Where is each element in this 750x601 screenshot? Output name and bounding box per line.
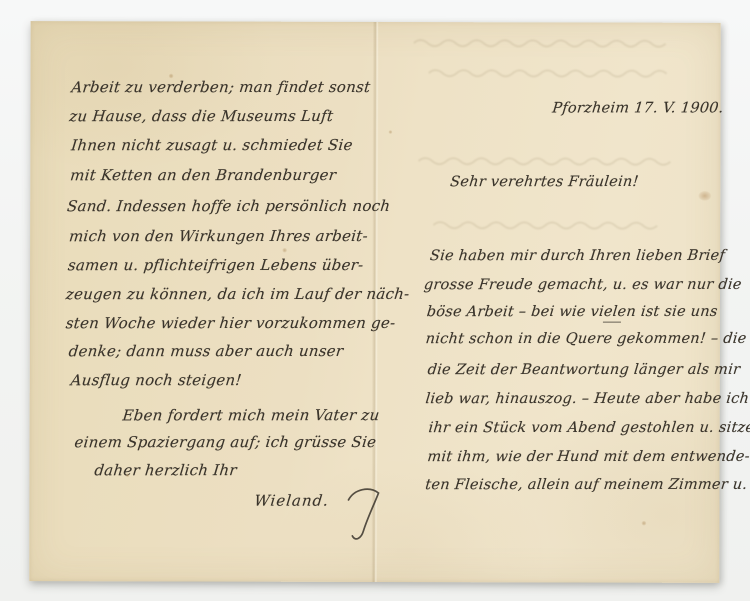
handwritten-line: mit Ketten an den Brandenburger [69,166,337,184]
handwritten-line: grosse Freude gemacht, u. es war nur die [423,277,742,293]
show-through-ghost [429,66,679,81]
handwritten-line: Sand. Indessen hoffe ich persönlich noch [66,197,391,215]
handwritten-line: nicht schon in die Quere gekommen! – die [425,331,747,347]
handwritten-line: Ihnen nicht zusagt u. schmiedet Sie [70,136,353,154]
handwritten-line: Arbeit zu verderben; man findet sonst [71,78,372,96]
handwritten-line: daher herzlich Ihr [94,461,238,479]
handwritten-line: Sie haben mir durch Ihren lieben Brief [429,248,726,264]
letter-paper: Arbeit zu verderben; man findet sonst zu… [29,21,720,583]
show-through-ghost [433,218,673,233]
letter-page-right: Pforzheim 17. V. 1900. Sehr verehrtes Fr… [372,22,720,583]
letter-page-left: Arbeit zu verderben; man findet sonst zu… [29,21,372,582]
handwritten-line: einem Spaziergang auf; ich grüsse Sie [74,433,378,451]
handwritten-line: sten Woche wieder hier vorzukommen ge- [65,314,397,332]
letter-scan: Arbeit zu verderben; man findet sonst zu… [0,0,750,601]
handwritten-line: Ausflug noch steigen! [70,371,243,389]
handwritten-line: zu Hause, dass die Museums Luft [68,107,334,125]
handwritten-line: böse Arbeit – bei wie vielen ist sie uns [426,304,718,320]
handwritten-line: die Zeit der Beantwortung länger als mir [427,362,741,378]
handwritten-line: samen u. pflichteifrigen Lebens über- [67,256,364,274]
salutation: Sehr verehrtes Fräulein! [449,174,639,190]
handwritten-line: lieb war, hinauszog. – Heute aber habe i… [425,391,750,407]
handwritten-line: mich von den Wirkungen Ihres arbeit- [68,227,369,245]
show-through-ghost [418,154,683,169]
show-through-ghost [414,36,684,51]
handwritten-line: ihr ein Stück vom Abend gestohlen u. sit… [428,420,750,436]
ink-underline-mark [603,322,621,323]
dateline: Pforzheim 17. V. 1900. [551,100,724,116]
handwritten-line: Eben fordert mich mein Vater zu [122,406,381,424]
handwritten-line: ten Fleische, allein auf meinem Zimmer u… [424,477,748,493]
handwritten-line: mit ihm, wie der Hund mit dem entwende- [427,449,750,465]
handwritten-line: zeugen zu können, da ich im Lauf der näc… [65,285,410,303]
handwritten-line: denke; dann muss aber auch unser [68,342,344,360]
signature: Wieland. [253,492,330,510]
